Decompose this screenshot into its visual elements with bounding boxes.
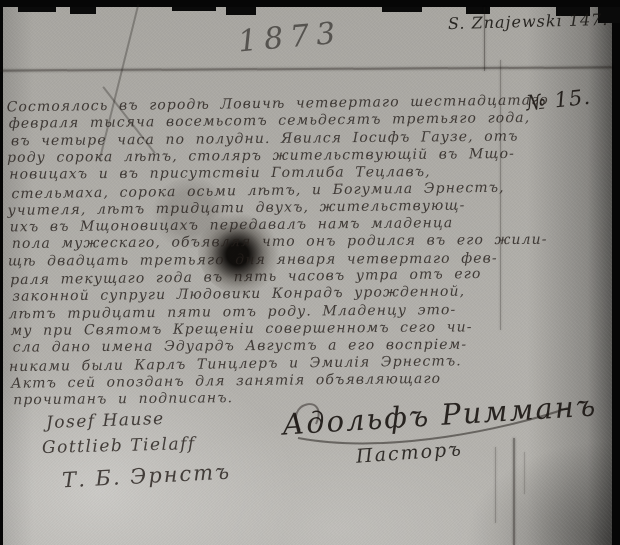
handwritten-line: лѣтъ тридцати пяти отъ роду. Младенцу эт… bbox=[8, 302, 456, 322]
document-body: Состоялось въ городѣ Ловичѣ четвертаго ш… bbox=[7, 94, 515, 428]
scan-edge-right bbox=[613, 0, 620, 545]
scan-edge-top bbox=[0, 0, 620, 7]
scan-edge-fragment bbox=[18, 7, 56, 12]
handwritten-line: му при Святомъ Крещеніи совершенномъ сег… bbox=[11, 319, 473, 339]
witness-signature: Gottlieb Tielaff bbox=[42, 434, 196, 458]
witness-signature: Josef Hause bbox=[46, 409, 165, 433]
handwritten-line: сла дано имена Эдуардъ Августъ а его вос… bbox=[13, 337, 468, 356]
scan-edge-fragment bbox=[70, 7, 96, 14]
handwritten-line: прочитанъ и подписанъ. bbox=[13, 390, 233, 408]
handwritten-line: новицахъ и въ присутствіи Готлиба Тецлав… bbox=[9, 164, 431, 183]
scan-edge-fragment bbox=[172, 7, 216, 11]
fold-line-vertical bbox=[513, 438, 515, 545]
scanned-document-page: 1873 S. Znajewski 147. № 15. Состоялось … bbox=[0, 0, 620, 545]
scan-edge-left bbox=[0, 0, 3, 440]
fold-line-vertical bbox=[495, 447, 496, 523]
fold-line-vertical bbox=[524, 452, 525, 494]
handwritten-line: пола мужескаго, объявляя что онъ родился… bbox=[12, 232, 548, 252]
scan-edge-fragment bbox=[382, 7, 422, 12]
handwritten-line: роду сорока лѣтъ, столяръ жительствующій… bbox=[7, 146, 515, 166]
scan-edge-fragment bbox=[226, 7, 256, 15]
